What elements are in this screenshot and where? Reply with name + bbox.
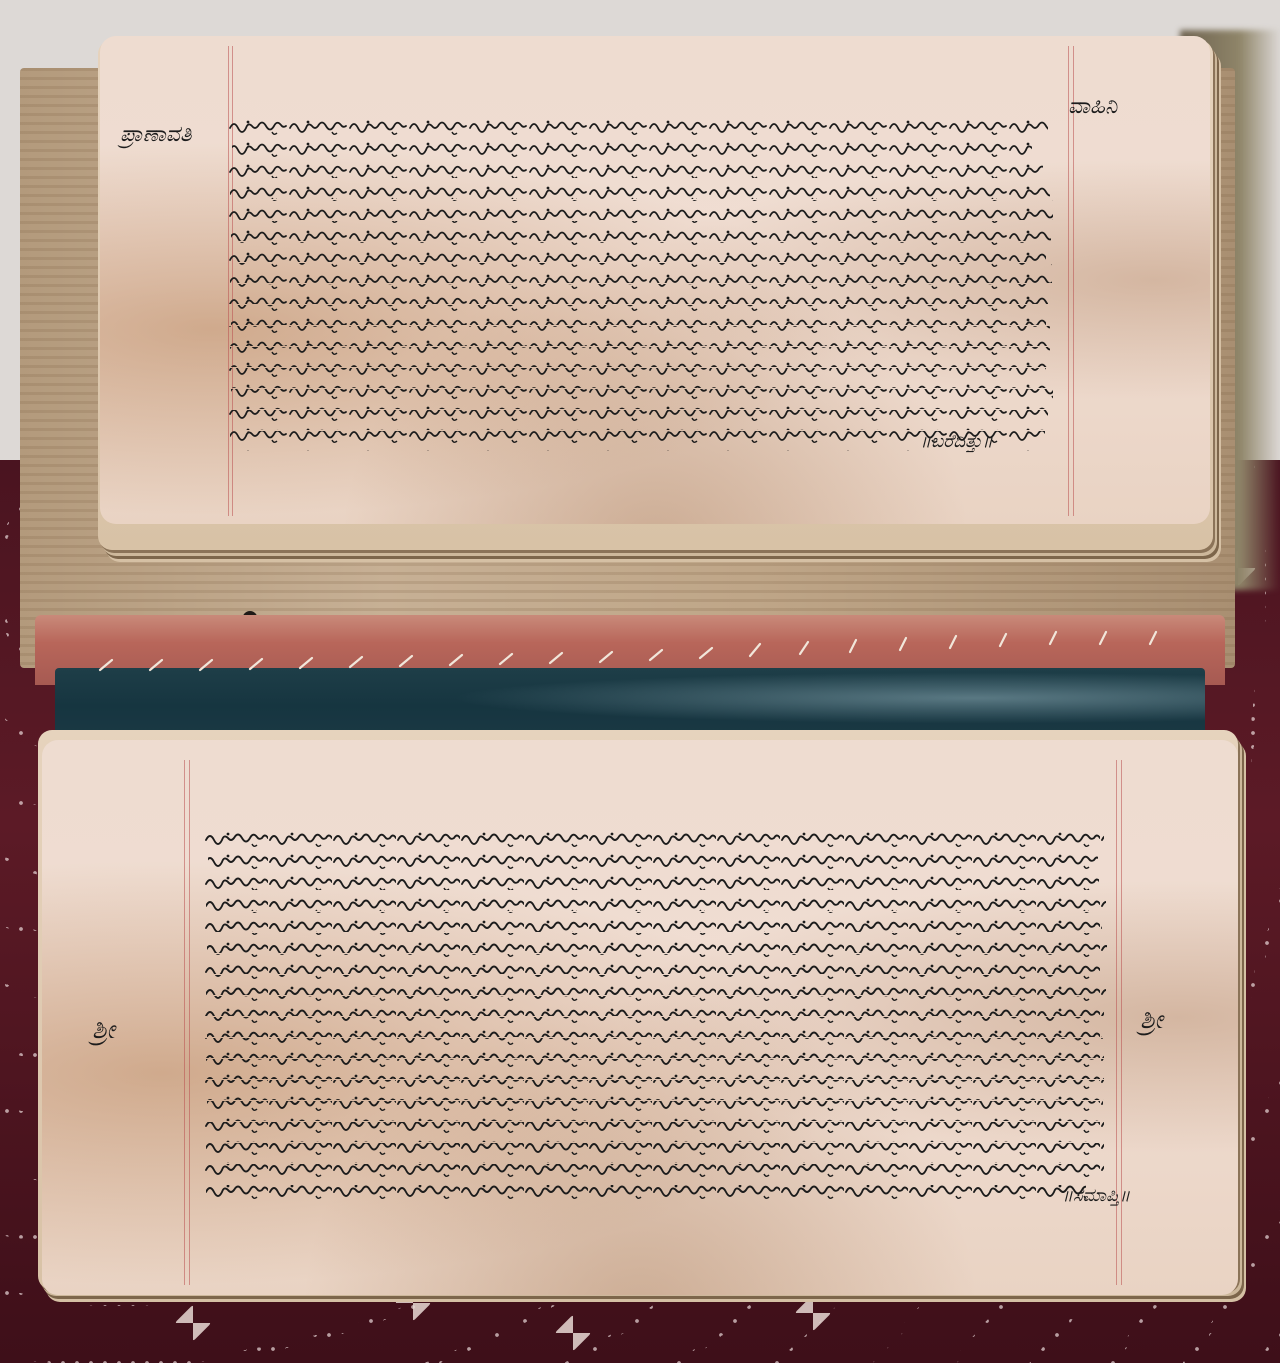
binding-stitches: [60, 630, 1210, 690]
right-margin-note: ಶ್ರೀ: [1140, 1005, 1163, 1036]
bottom-manuscript-page: ಶ್ರೀ ಶ್ರೀ: [42, 740, 1238, 1295]
image-description: Two stacked aged manuscript pages bound …: [0, 0, 1, 1]
closing-mark: ॥ಸಮಾಪ್ತಿ॥: [1062, 1185, 1130, 1206]
left-margin-rule: [184, 760, 185, 1285]
right-margin-note: ವಾಹಿನಿ: [1068, 94, 1117, 119]
handwritten-text-block: [204, 828, 1114, 1228]
top-manuscript-page: ಪ್ರಾಣಾವತಿ ವಾಹಿನಿ: [100, 36, 1210, 524]
left-margin-rule: [189, 760, 190, 1285]
left-margin-note: ಪ್ರಾಣಾವತಿ: [120, 122, 192, 147]
left-margin-note: ಶ್ರೀ: [92, 1015, 115, 1046]
manuscript-photo: ಪ್ರಾಣಾವತಿ ವಾಹಿನಿ: [0, 0, 1280, 1363]
right-margin-rule: [1121, 760, 1122, 1285]
right-margin-rule: [1116, 760, 1117, 1285]
closing-mark: ॥ಬರೆದಿತ್ತು॥: [920, 431, 993, 452]
